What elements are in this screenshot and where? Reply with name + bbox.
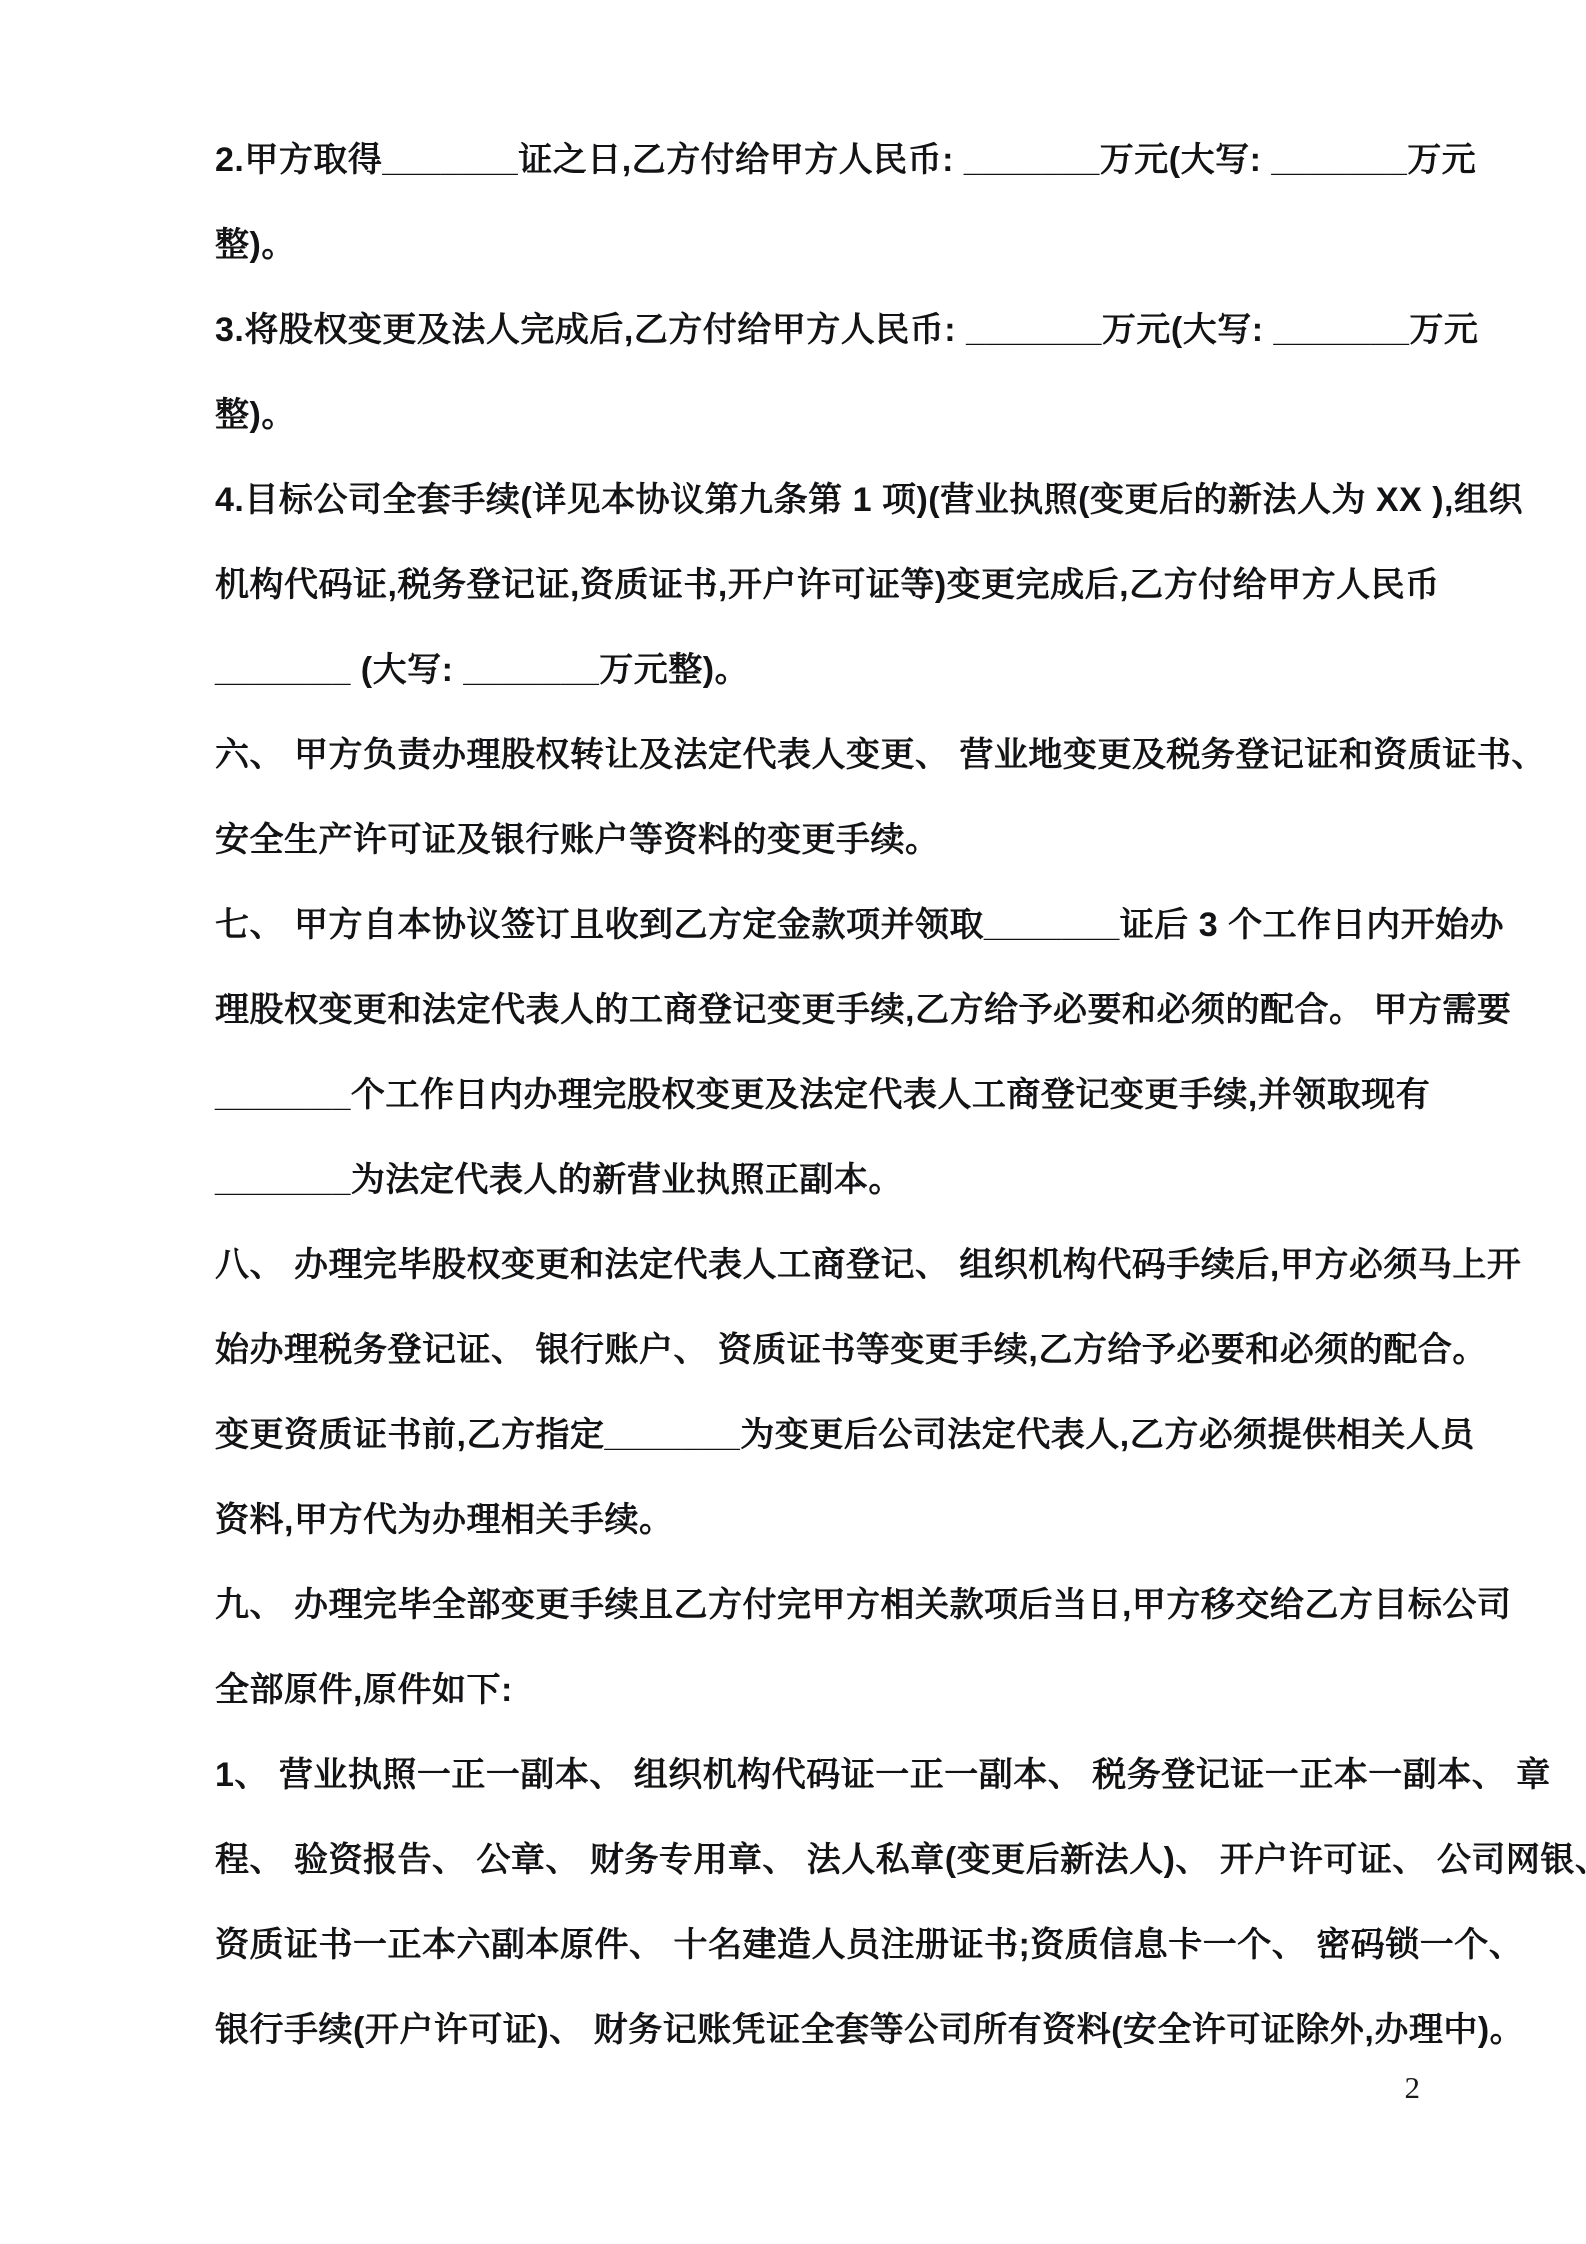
text-line: 整)。 — [215, 203, 1436, 288]
text-line: _______ (大写: _______万元整)。 — [215, 628, 1436, 713]
text-line: 程、 验资报告、 公章、 财务专用章、 法人私章(变更后新法人)、 开户许可证、… — [215, 1818, 1436, 1903]
document-body: 2.甲方取得_______证之日,乙方付给甲方人民币: _______万元(大写… — [215, 118, 1436, 2073]
text-line: 3.将股权变更及法人完成后,乙方付给甲方人民币: _______万元(大写: _… — [215, 288, 1436, 373]
text-line: 全部原件,原件如下: — [215, 1648, 1436, 1733]
text-line: 九、 办理完毕全部变更手续且乙方付完甲方相关款项后当日,甲方移交给乙方目标公司 — [215, 1563, 1436, 1648]
text-line: 八、 办理完毕股权变更和法定代表人工商登记、 组织机构代码手续后,甲方必须马上开 — [215, 1223, 1436, 1308]
text-line: 七、 甲方自本协议签订且收到乙方定金款项并领取_______证后 3 个工作日内… — [215, 883, 1436, 968]
text-line: _______为法定代表人的新营业执照正副本。 — [215, 1138, 1436, 1223]
text-line: 安全生产许可证及银行账户等资料的变更手续。 — [215, 798, 1436, 883]
text-line: 六、 甲方负责办理股权转让及法定代表人变更、 营业地变更及税务登记证和资质证书、 — [215, 713, 1436, 798]
text-line: 2.甲方取得_______证之日,乙方付给甲方人民币: _______万元(大写… — [215, 118, 1436, 203]
page-footer: 2 — [0, 2070, 1420, 2106]
text-line: 始办理税务登记证、 银行账户、 资质证书等变更手续,乙方给予必要和必须的配合。 — [215, 1308, 1436, 1393]
text-line: 资料,甲方代为办理相关手续。 — [215, 1478, 1436, 1563]
text-line: 银行手续(开户许可证)、 财务记账凭证全套等公司所有资料(安全许可证除外,办理中… — [215, 1988, 1436, 2073]
document-page: 2.甲方取得_______证之日,乙方付给甲方人民币: _______万元(大写… — [0, 0, 1586, 2244]
text-line: 整)。 — [215, 373, 1436, 458]
text-line: 4.目标公司全套手续(详见本协议第九条第 1 项)(营业执照(变更后的新法人为 … — [215, 458, 1436, 543]
text-line: 资质证书一正本六副本原件、 十名建造人员注册证书;资质信息卡一个、 密码锁一个、 — [215, 1903, 1436, 1988]
text-line: 1、 营业执照一正一副本、 组织机构代码证一正一副本、 税务登记证一正本一副本、… — [215, 1733, 1436, 1818]
text-line: 机构代码证,税务登记证,资质证书,开户许可证等)变更完成后,乙方付给甲方人民币 — [215, 543, 1436, 628]
page-number: 2 — [1405, 2070, 1421, 2105]
text-line: _______个工作日内办理完股权变更及法定代表人工商登记变更手续,并领取现有 — [215, 1053, 1436, 1138]
text-line: 理股权变更和法定代表人的工商登记变更手续,乙方给予必要和必须的配合。 甲方需要 — [215, 968, 1436, 1053]
text-line: 变更资质证书前,乙方指定_______为变更后公司法定代表人,乙方必须提供相关人… — [215, 1393, 1436, 1478]
